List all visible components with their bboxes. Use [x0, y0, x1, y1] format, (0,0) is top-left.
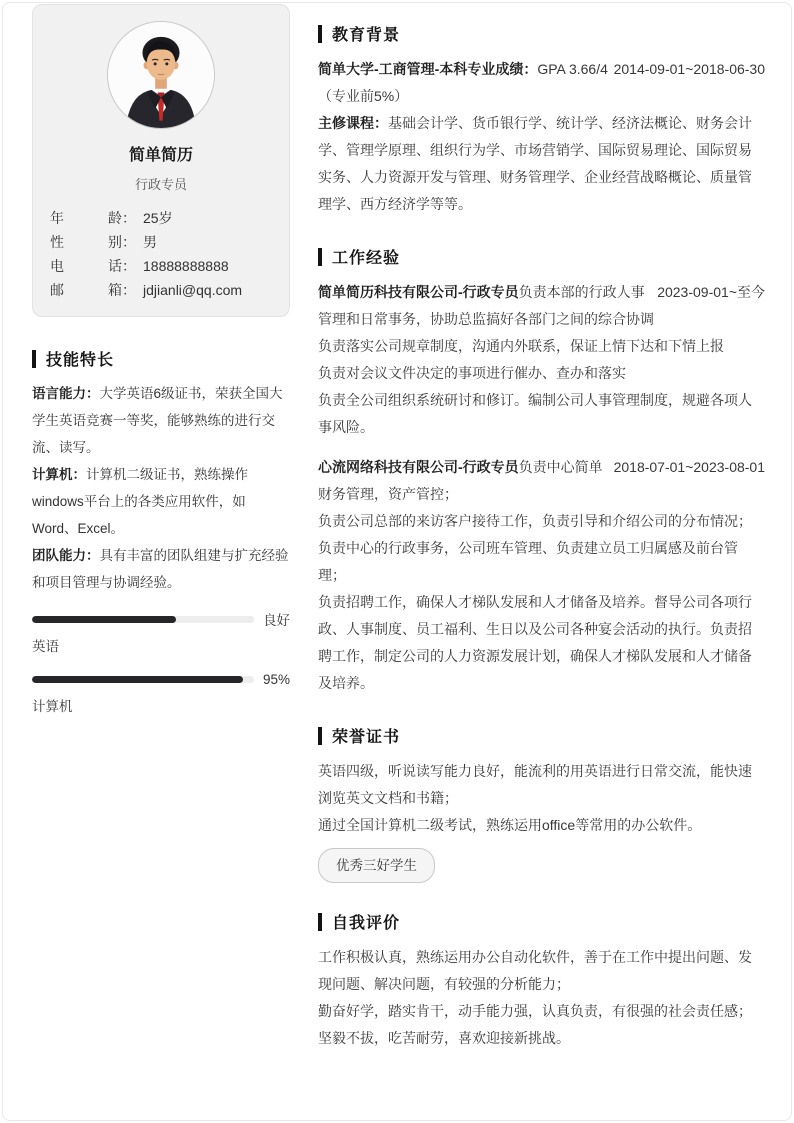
age-value: 25岁 [143, 208, 173, 228]
progress-skill-name: 计算机 [32, 695, 290, 715]
honors-section-header: 荣誉证书 [318, 724, 765, 747]
section-marker-bar [318, 248, 322, 266]
section-marker-bar [318, 25, 322, 43]
info-row-phone: 电话：18888888888 [47, 254, 275, 278]
honors-section: 荣誉证书 英语四级，听说读写能力良好，能流利的用英语进行日常交流，能快速浏览英文… [318, 724, 765, 883]
education-degree: 简单大学-工商管理-本科专业成绩： [318, 61, 537, 77]
honors-section-title: 荣誉证书 [332, 724, 400, 747]
avatar [107, 21, 215, 129]
skill-bars: 良好 英语 95% 计算机 [32, 610, 290, 715]
progress-fill [32, 616, 176, 623]
job-duty-line: 负责中心的行政事务，公司班车管理、负责建立员工归属感及前台管理； [318, 535, 765, 589]
progress-level-label: 良好 [263, 609, 290, 629]
experience-content: 2023-09-01~至今简单简历科技有限公司-行政专员负责本部的行政人事管理和… [318, 279, 765, 697]
job-company-role: 心流网络科技有限公司-行政专员 [318, 459, 519, 475]
education-section: 教育背景 2014-09-01~2018-06-30简单大学-工商管理-本科专业… [318, 22, 765, 218]
info-row-age: 年龄：25岁 [47, 206, 275, 230]
section-marker-bar [32, 350, 36, 368]
self-evaluation-line: 勤奋好学，踏实肯干，动手能力强，认真负责，有很强的社会责任感；坚毅不拔，吃苦耐劳… [318, 998, 765, 1052]
info-colon: ： [122, 280, 136, 300]
education-section-title: 教育背景 [332, 22, 400, 45]
profile-job-title: 行政专员 [47, 174, 275, 193]
info-colon: ： [122, 256, 136, 276]
self-evaluation-content: 工作积极认真，熟练运用办公自动化软件，善于在工作中提出问题、发现问题、解决问题，… [318, 944, 765, 1052]
section-marker-bar [318, 913, 322, 931]
job-company-role: 简单简历科技有限公司-行政专员 [318, 284, 519, 300]
honor-line: 英语四级，听说读写能力良好，能流利的用英语进行日常交流，能快速浏览英文文档和书籍… [318, 758, 765, 812]
info-colon: ： [122, 232, 136, 252]
self-evaluation-section-header: 自我评价 [318, 910, 765, 933]
self-evaluation-section-title: 自我评价 [332, 910, 400, 933]
info-row-email: 邮箱：jdjianli@qq.com [47, 278, 275, 302]
progress-skill-name: 英语 [32, 635, 290, 655]
job-duty-line: 负责招聘工作，确保人才梯队发展和人才储备及培养。督导公司各项行政、人事制度、员工… [318, 589, 765, 697]
info-label: 电话 [50, 256, 122, 276]
education-date: 2014-09-01~2018-06-30 [614, 56, 765, 83]
job-date: 2023-09-01~至今 [657, 279, 765, 306]
gender-value: 男 [143, 232, 157, 252]
contact-info-list: 年龄：25岁 性别：男 电话：18888888888 邮箱：jdjianli@q… [47, 206, 275, 302]
profile-card: 简单简历 行政专员 年龄：25岁 性别：男 电话：18888888888 邮箱：… [32, 4, 290, 317]
resume-page: 简单简历 行政专员 年龄：25岁 性别：男 电话：18888888888 邮箱：… [0, 0, 794, 1079]
info-label: 性别 [50, 232, 122, 252]
experience-section: 工作经验 2023-09-01~至今简单简历科技有限公司-行政专员负责本部的行政… [318, 245, 765, 697]
education-section-header: 教育背景 [318, 22, 765, 45]
education-courses-line: 主修课程：基础会计学、货币银行学、统计学、经济法概论、财务会计学、管理学原理、组… [318, 110, 765, 218]
job-duty-line: 负责公司总部的来访客户接待工作，负责引导和介绍公司的分布情况； [318, 508, 765, 535]
self-evaluation-section: 自我评价 工作积极认真，熟练运用办公自动化软件，善于在工作中提出问题、发现问题、… [318, 910, 765, 1052]
education-content: 2014-09-01~2018-06-30简单大学-工商管理-本科专业成绩：GP… [318, 56, 765, 218]
honors-content: 英语四级，听说读写能力良好，能流利的用英语进行日常交流，能快速浏览英文文档和书籍… [318, 758, 765, 883]
job-duty-line: 负责落实公司规章制度，沟通内外联系，保证上情下达和下情上报 [318, 333, 765, 360]
job-intro-line: 2018-07-01~2023-08-01心流网络科技有限公司-行政专员负责中心… [318, 454, 765, 508]
right-column: 教育背景 2014-09-01~2018-06-30简单大学-工商管理-本科专业… [318, 4, 765, 1079]
avatar-illustration-icon [108, 22, 214, 128]
skills-text: 语言能力：大学英语6级证书，荣获全国大学生英语竞赛一等奖，能够熟练的进行交流、读… [32, 380, 290, 596]
skills-section: 技能特长 语言能力：大学英语6级证书，荣获全国大学生英语竞赛一等奖，能够熟练的进… [32, 347, 290, 715]
info-colon: ： [122, 208, 136, 228]
job-entry-2: 2018-07-01~2023-08-01心流网络科技有限公司-行政专员负责中心… [318, 454, 765, 697]
honor-badge: 优秀三好学生 [318, 848, 435, 883]
skill-lead-computer: 计算机： [32, 467, 86, 482]
honor-line: 通过全国计算机二级考试，熟练运用office等常用的办公软件。 [318, 812, 765, 839]
skill-lead-team: 团队能力： [32, 548, 100, 563]
courses-lead: 主修课程： [318, 115, 388, 131]
info-row-gender: 性别：男 [47, 230, 275, 254]
skills-section-title: 技能特长 [46, 347, 114, 370]
progress-track [32, 616, 254, 623]
job-duty-line: 负责对会议文件决定的事项进行催办、查办和落实 [318, 360, 765, 387]
job-duty-line: 负责全公司组织系统研讨和修订。编制公司人事管理制度，规避各项人事风险。 [318, 387, 765, 441]
job-date: 2018-07-01~2023-08-01 [614, 454, 765, 481]
experience-section-header: 工作经验 [318, 245, 765, 268]
skill-lead-language: 语言能力： [32, 386, 100, 401]
phone-value: 18888888888 [143, 258, 229, 274]
progress-level-label: 95% [263, 672, 290, 687]
skill-bar-english: 良好 英语 [32, 610, 290, 655]
profile-name: 简单简历 [47, 142, 275, 165]
education-gpa: GPA 3.66/4 [537, 61, 608, 77]
progress-fill [32, 676, 243, 683]
job-entry-1: 2023-09-01~至今简单简历科技有限公司-行政专员负责本部的行政人事管理和… [318, 279, 765, 441]
education-rank-note: （专业前5%） [318, 83, 765, 110]
education-degree-line: 2014-09-01~2018-06-30简单大学-工商管理-本科专业成绩：GP… [318, 56, 765, 83]
self-evaluation-line: 工作积极认真，熟练运用办公自动化软件，善于在工作中提出问题、发现问题、解决问题，… [318, 944, 765, 998]
job-intro-line: 2023-09-01~至今简单简历科技有限公司-行政专员负责本部的行政人事管理和… [318, 279, 765, 333]
skills-section-header: 技能特长 [32, 347, 290, 370]
info-label: 邮箱 [50, 280, 122, 300]
section-marker-bar [318, 727, 322, 745]
left-column: 简单简历 行政专员 年龄：25岁 性别：男 电话：18888888888 邮箱：… [32, 4, 290, 1079]
email-value: jdjianli@qq.com [143, 282, 242, 298]
skill-bar-computer: 95% 计算机 [32, 670, 290, 715]
experience-section-title: 工作经验 [332, 245, 400, 268]
info-label: 年龄 [50, 208, 122, 228]
progress-track [32, 676, 254, 683]
